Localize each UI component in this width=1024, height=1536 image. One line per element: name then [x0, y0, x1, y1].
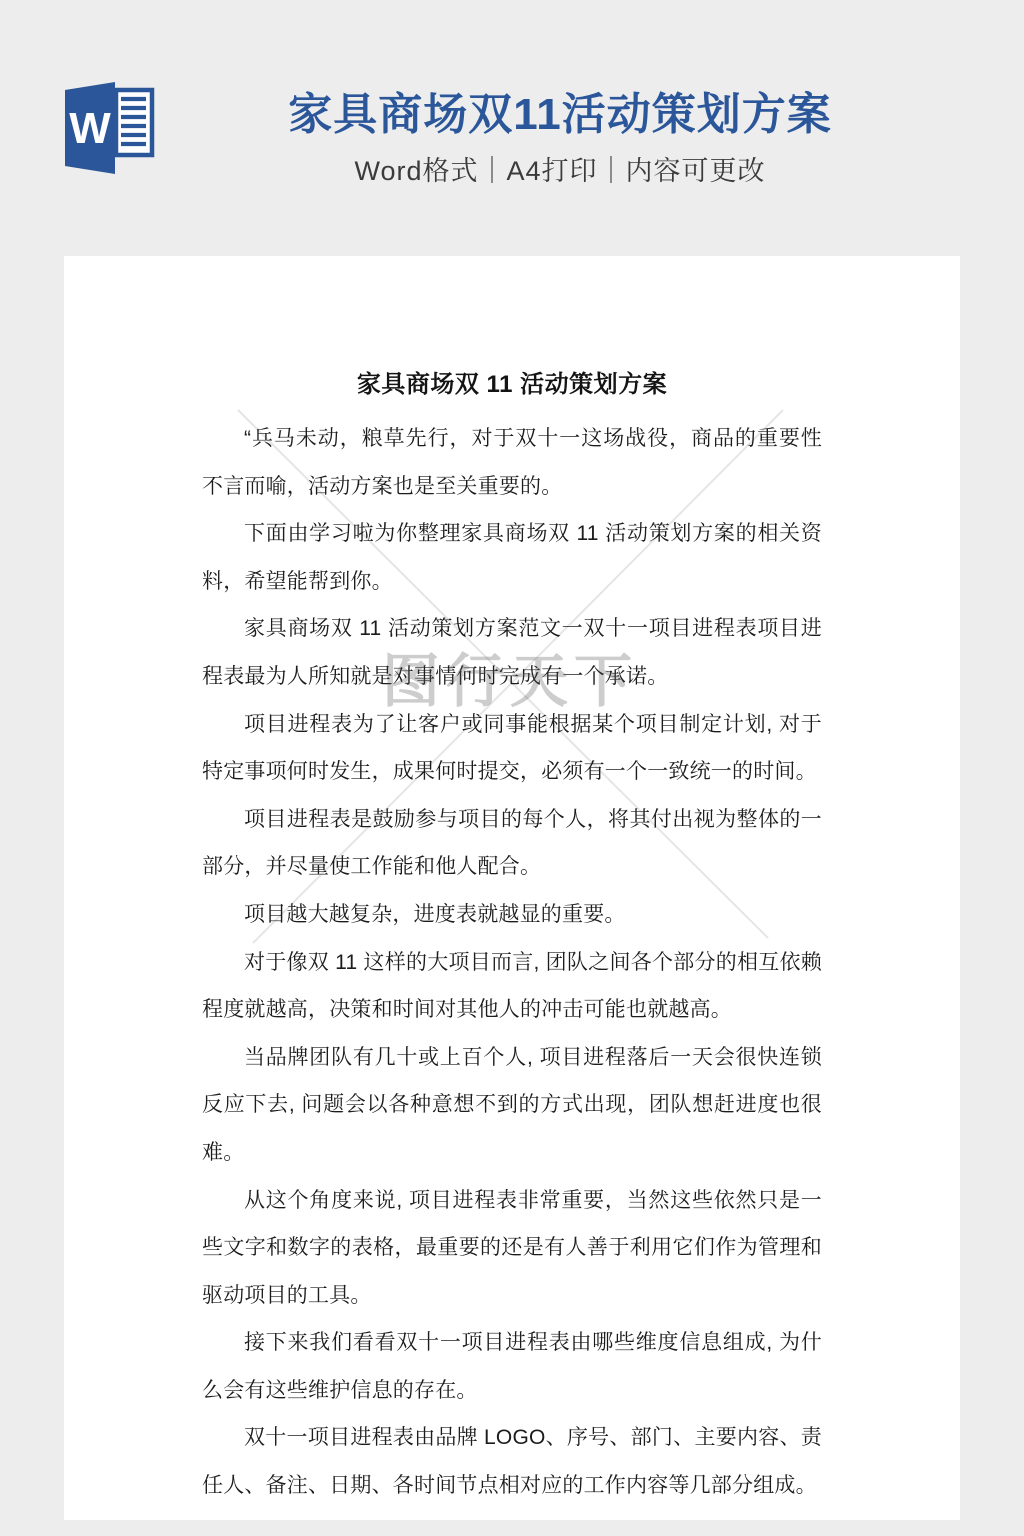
paragraph: 对于像双 11 这样的大项目而言, 团队之间各个部分的相互依赖程度就越高，决策和…: [202, 939, 822, 1034]
paragraph: 从这个角度来说, 项目进程表非常重要，当然这些依然只是一些文字和数字的表格，最重…: [202, 1177, 822, 1320]
screen: W 家具商场双11活动策划方案 Word格式｜A4打印｜内容可更改 家具商场双 …: [0, 0, 1024, 1536]
paragraph: 项目进程表为了让客户或同事能根据某个项目制定计划, 对于特定事项何时发生，成果何…: [202, 701, 822, 796]
paragraph: 项目进程表是鼓励参与项目的每个人，将其付出视为整体的一部分，并尽量使工作能和他人…: [202, 796, 822, 891]
word-icon-graphic: W: [55, 82, 155, 174]
paragraph: 双十一项目进程表由品牌 LOGO、序号、部门、主要内容、责任人、备注、日期、各时…: [202, 1414, 822, 1509]
paragraph: 下面由学习啦为你整理家具商场双 11 活动策划方案的相关资料，希望能帮到你。: [202, 510, 822, 605]
document-body: “兵马未动，粮草先行，对于双十一这场战役，商品的重要性不言而喻，活动方案也是至关…: [202, 415, 822, 1510]
paragraph: 当品牌团队有几十或上百个人, 项目进程落后一天会很快连锁反应下去, 问题会以各种…: [202, 1034, 822, 1177]
page-title: 家具商场双11活动策划方案: [160, 90, 960, 139]
document-page: 家具商场双 11 活动策划方案 “兵马未动，粮草先行，对于双十一这场战役，商品的…: [64, 256, 960, 1520]
document-title: 家具商场双 11 活动策划方案: [202, 364, 822, 399]
word-icon-letter: W: [69, 104, 111, 153]
paragraph: 项目越大越复杂，进度表就越显的重要。: [202, 891, 822, 939]
header-text: 家具商场双11活动策划方案 Word格式｜A4打印｜内容可更改: [160, 90, 960, 188]
document-content: 家具商场双 11 活动策划方案 “兵马未动，粮草先行，对于双十一这场战役，商品的…: [64, 256, 960, 1510]
page-subtitle: Word格式｜A4打印｜内容可更改: [160, 149, 960, 188]
paragraph: 接下来我们看看双十一项目进程表由哪些维度信息组成, 为什么会有这些维护信息的存在…: [202, 1319, 822, 1414]
site-header: W 家具商场双11活动策划方案 Word格式｜A4打印｜内容可更改: [0, 0, 1024, 256]
paragraph: “兵马未动，粮草先行，对于双十一这场战役，商品的重要性不言而喻，活动方案也是至关…: [202, 415, 822, 510]
paragraph: 家具商场双 11 活动策划方案范文一双十一项目进程表项目进程表最为人所知就是对事…: [202, 605, 822, 700]
word-document-icon: W: [55, 82, 155, 174]
